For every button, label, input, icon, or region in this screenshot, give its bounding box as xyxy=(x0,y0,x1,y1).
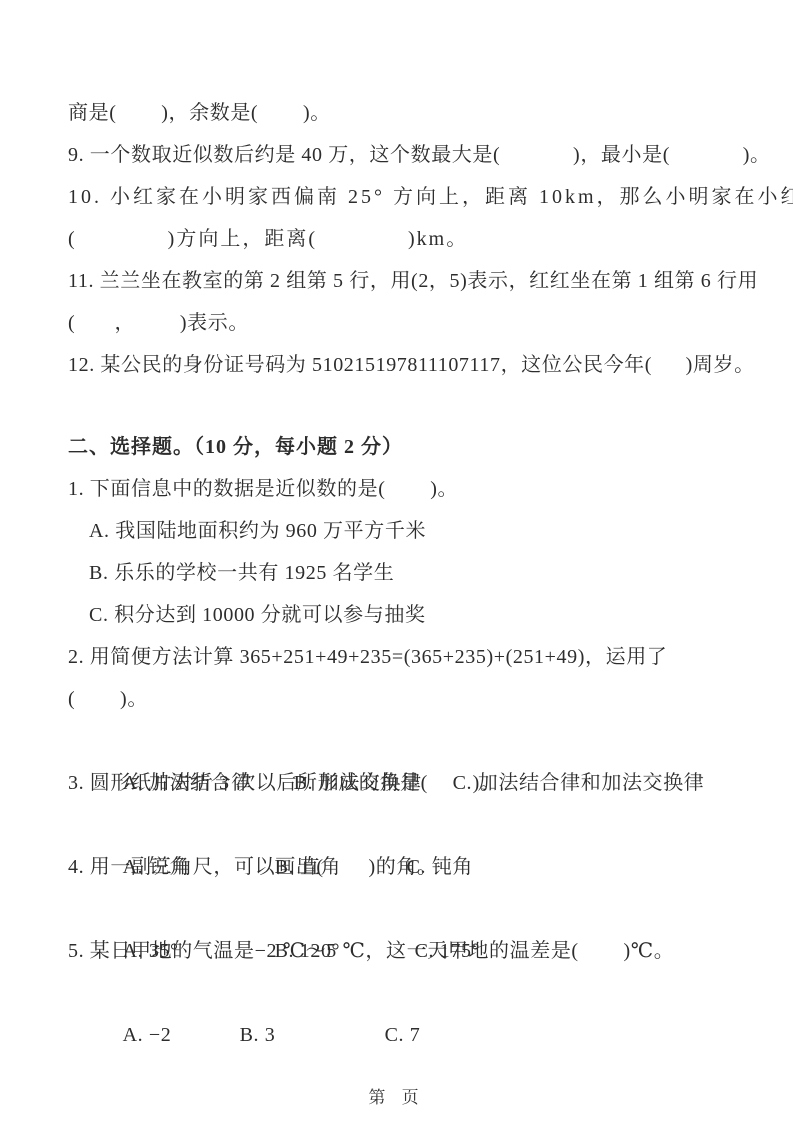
exam-paper-page: 商是( )，余数是( )。 9. 一个数取近似数后约是 40 万，这个数最大是(… xyxy=(0,0,793,1122)
fillblank-q11-line2: ( ， )表示。 xyxy=(68,302,768,344)
exam-content: 商是( )，余数是( )。 9. 一个数取近似数后约是 40 万，这个数最大是(… xyxy=(68,92,768,1014)
choice-q5-option-b: B. 3 xyxy=(240,1014,385,1056)
section-choice-heading: 二、选择题。（10 分，每小题 2 分） xyxy=(68,426,768,468)
choice-q5-option-a: A. −2 xyxy=(123,1014,240,1056)
choice-q2-options-row: A. 加法结合律B. 加法交换律C. 加法结合律和加法交换律 xyxy=(68,720,768,762)
page-footer: 第 页 xyxy=(0,1083,793,1108)
fillblank-q12: 12. 某公民的身份证号码为 510215197811107117，这位公民今年… xyxy=(68,344,768,386)
choice-q3-options-row: A. 锐角B. 直角C. 钝角 xyxy=(68,804,768,846)
fillblank-q9: 9. 一个数取近似数后约是 40 万，这个数最大是( )，最小是( )。 xyxy=(68,134,768,176)
choice-q5-option-c: C. 7 xyxy=(385,1014,421,1056)
fillblank-q10-line1: 10. 小红家在小明家西偏南 25° 方向上，距离 10km，那么小明家在小红家 xyxy=(68,176,768,218)
choice-q1-option-b: B. 乐乐的学校一共有 1925 名学生 xyxy=(68,552,768,594)
choice-q1-stem: 1. 下面信息中的数据是近似数的是( )。 xyxy=(68,468,768,510)
choice-q2-stem-line1: 2. 用简便方法计算 365+251+49+235=(365+235)+(251… xyxy=(68,636,768,678)
choice-q2-stem-line2: ( )。 xyxy=(68,678,768,720)
choice-q4-options-row: A. 35°B. 120°C. 175° xyxy=(68,888,768,930)
choice-q5-options-row: A. −2B. 3C. 7 xyxy=(68,972,768,1014)
choice-q1-option-c: C. 积分达到 10000 分就可以参与抽奖 xyxy=(68,594,768,636)
choice-q1-option-a: A. 我国陆地面积约为 960 万平方千米 xyxy=(68,510,768,552)
fillblank-q8-answer-line: 商是( )，余数是( )。 xyxy=(68,92,768,134)
choice-q4-stem: 4. 用一副三角尺，可以画出( )的角。 xyxy=(68,846,768,888)
fillblank-q11-line1: 11. 兰兰坐在教室的第 2 组第 5 行，用(2，5)表示，红红坐在第 1 组… xyxy=(68,260,768,302)
fillblank-q10-line2: ( )方向上，距离( )km。 xyxy=(68,218,768,260)
choice-q5-stem: 5. 某日甲地的气温是−2 ℃～5 ℃，这一天甲地的温差是( )℃。 xyxy=(68,930,768,972)
